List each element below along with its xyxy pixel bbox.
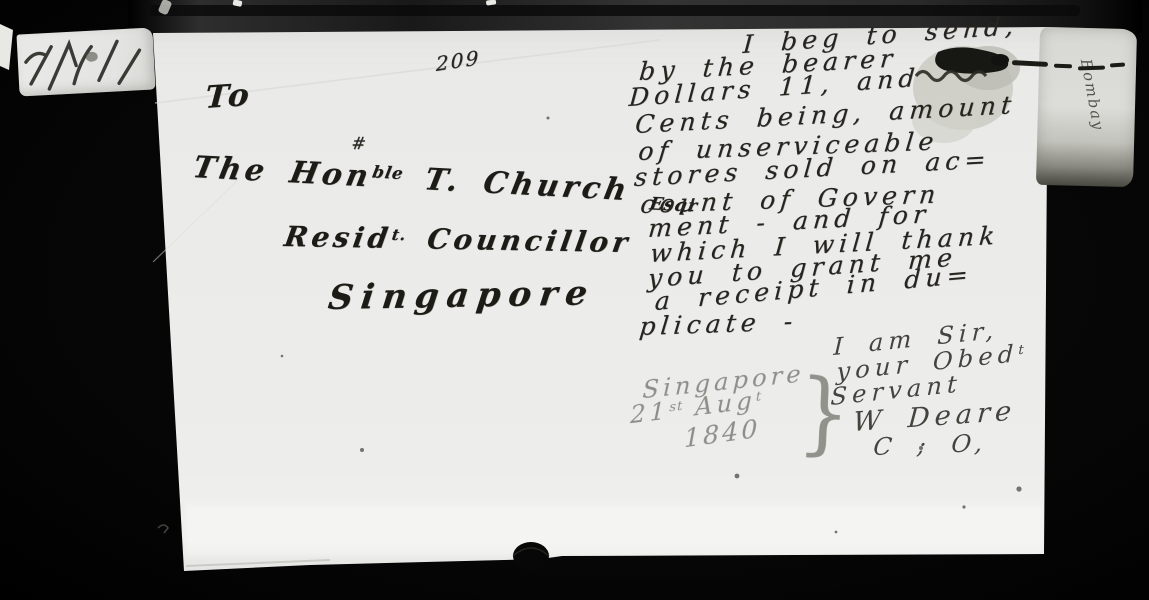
recipient-title-line: Residt. Councillor [282,220,634,259]
recipient-title-post: Councillor [403,222,633,259]
signature-postscript: C ; O, [872,429,989,461]
scanned-letter: Bombay [0,0,1149,600]
dateline-day-sup: st [669,399,683,416]
page-fold-shading [186,505,1042,555]
recipient-name-sup: ble [371,162,406,183]
doubling-mark: # [350,134,367,154]
scribbles-icon [16,27,155,96]
bombay-note: Bombay [1073,35,1113,156]
recipient-title-pre: Resid [282,220,394,255]
recipient-to: To [204,77,253,116]
dateline-brace: } [796,360,853,467]
recipient-city: Singapore [326,273,598,318]
recipient-title-sup: t. [391,225,408,243]
dateline-month-sup: t [756,389,763,405]
body-line: plicate - [638,307,799,341]
dateline-day: 21 [630,397,669,429]
paper-fragment-right: Bombay [1036,27,1137,187]
paper-fragment-top-left [16,27,155,96]
scan-background-shadow [150,5,1080,16]
closing-obedient-sup: t [1018,342,1025,358]
